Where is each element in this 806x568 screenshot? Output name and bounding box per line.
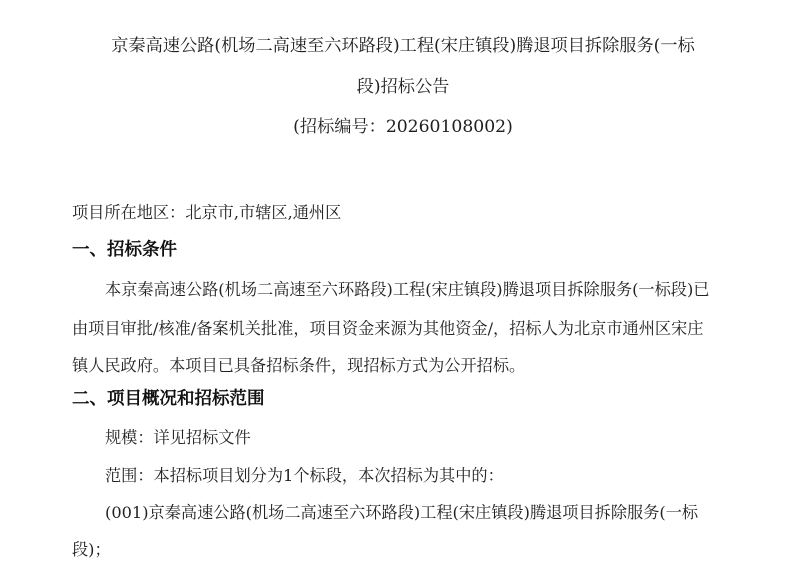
- lot-description-line-2: 段)；: [72, 540, 111, 560]
- document-title-line-1: 京秦高速公路(机场二高速至六环路段)工程(宋庄镇段)腾退项目拆除服务(一标: [0, 36, 806, 56]
- project-region: 项目所在地区：北京市,市辖区,通州区: [72, 203, 341, 223]
- bidding-conditions-line-1: 本京秦高速公路(机场二高速至六环路段)工程(宋庄镇段)腾退项目拆除服务(一标段)…: [105, 280, 709, 300]
- section-heading-project-overview: 二、项目概况和招标范围: [72, 389, 265, 409]
- tender-announcement-page: 京秦高速公路(机场二高速至六环路段)工程(宋庄镇段)腾退项目拆除服务(一标 段)…: [0, 0, 806, 568]
- bidding-conditions-line-3: 镇人民政府。本项目已具备招标条件，现招标方式为公开招标。: [72, 356, 525, 376]
- document-title-line-2: 段)招标公告: [0, 77, 806, 97]
- bidding-conditions-line-2: 由项目审批/核准/备案机关批准，项目资金来源为其他资金/，招标人为北京市通州区宋…: [72, 319, 703, 339]
- project-region-label: 项目所在地区：: [72, 203, 185, 222]
- project-scope: 范围：本招标项目划分为1个标段，本次招标为其中的：: [105, 466, 504, 486]
- project-scale: 规模：详见招标文件: [105, 428, 251, 448]
- tender-number: (招标编号：20260108002): [0, 117, 806, 137]
- section-heading-bidding-conditions: 一、招标条件: [72, 240, 177, 260]
- project-region-value: 北京市,市辖区,通州区: [185, 203, 341, 222]
- lot-description-line-1: (001)京秦高速公路(机场二高速至六环路段)工程(宋庄镇段)腾退项目拆除服务(…: [105, 503, 698, 523]
